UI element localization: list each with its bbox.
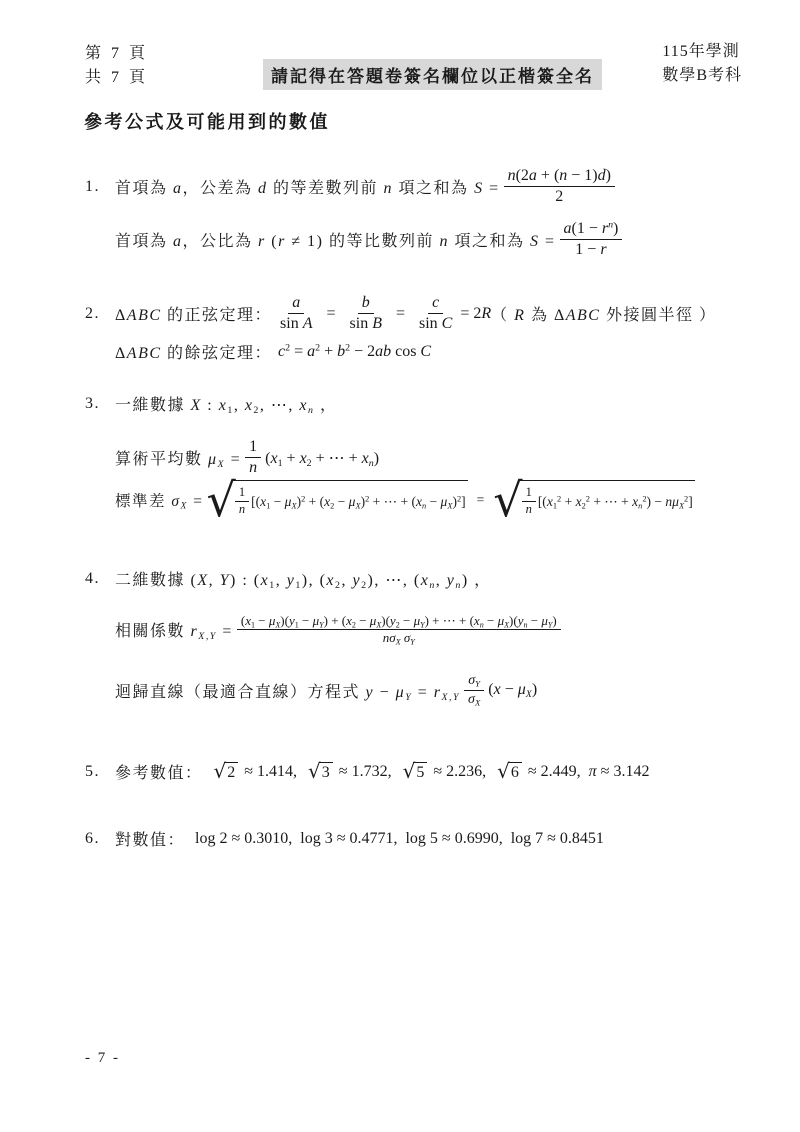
fraction: σY σX [464,672,484,708]
item-number: 1. [85,178,115,196]
approx-value: ≈ 2.236, [433,763,486,781]
radicand: 3 [319,762,333,782]
fraction-numerator: a [288,293,304,314]
equals-sign: = [326,305,335,323]
square-root: √ 3 [308,762,333,782]
fraction-denominator: nσX σY [379,630,419,646]
page-footer: - 7 - [85,1050,120,1067]
item-number: 3. [85,395,115,413]
item-number: 6. [85,830,115,848]
formula-text: 首項為 a，公比為 r (r ≠ 1) 的等比數列前 n 項之和為 S = [115,228,556,251]
data-2d-header: 4. 二維數據 (X, Y) : (x1, y1), (x2, y2), ⋯, … [85,567,492,590]
approx-value: ≈ 1.732, [339,763,392,781]
fraction-numerator: 1 [245,437,261,458]
fraction: c sin C [415,293,456,334]
fraction-denominator: 2 [551,187,567,207]
formula-body: [(x12 + x22 + ⋯ + xn2) − nμX2] [538,494,693,510]
approx-value: ≈ 1.414, [244,763,297,781]
formula-regression-line: 迴歸直線（最適合直線）方程式 y − μY = rX,Y σY σX (x − … [115,672,537,708]
page-number-line: 第 7 頁 [85,42,148,66]
formula-standard-deviation: 標準差 σX = √ 1 n [(x1 − μX)2 + (x2 − μX)2 … [115,480,698,520]
square-root: √ 2 [214,762,239,782]
fraction-denominator: 1 − r [571,240,610,260]
fraction-numerator: n(2a + (n − 1)d) [504,166,615,187]
formula-body: log 2 ≈ 0.3010, log 3 ≈ 0.4771, log 5 ≈ … [195,830,604,848]
formula-text: 算術平均數 μX = [115,446,241,469]
fraction: (x1 − μX)(y1 − μY) + (x2 − μX)(y2 − μY) … [237,613,561,647]
fraction-denominator: sin A [276,314,316,334]
data-1d-header: 3. 一維數據 X : x1, x2, ⋯, xn ， [85,392,337,415]
label: 對數值： [115,827,185,850]
formula-text: 二維數據 (X, Y) : (x1, y1), (x2, y2), ⋯, (xn… [115,567,492,590]
item-number: 4. [85,570,115,588]
fraction-numerator: σY [464,672,484,691]
page-indicator: 第 7 頁 共 7 頁 [85,42,148,90]
radicand: 6 [508,762,522,782]
radicand: 5 [413,762,427,782]
label: 參考數值： [115,760,203,783]
fraction: a(1 − rn) 1 − r [560,219,623,260]
pi-value: π ≈ 3.142 [589,763,650,781]
signature-notice: 請記得在答題卷簽名欄位以正楷簽全名 [263,59,602,90]
exam-subject: 數學B考科 [662,64,742,88]
fraction-denominator: n [245,458,261,478]
equals-sign: = [396,305,405,323]
formula-text: ΔABC 的正弦定理： [115,302,272,325]
square-root: √ 1 n [(x1 − μX)2 + (x2 − μX)2 + ⋯ + (xn… [207,480,468,520]
fraction: b sin B [346,293,386,334]
fraction-denominator: n [235,502,249,518]
formula-text: 一維數據 X : x1, x2, ⋯, xn ， [115,392,337,415]
radicand: 1 n [(x12 + x22 + ⋯ + xn2) − nμX2] [518,480,695,520]
page-title: 參考公式及可能用到的數值 [84,108,330,134]
item-number: 2. [85,305,115,323]
fraction-denominator: sin B [346,314,386,334]
square-root: √ 1 n [(x12 + x22 + ⋯ + xn2) − nμX2] [493,480,694,520]
radicand: 1 n [(x1 − μX)2 + (x2 − μX)2 + ⋯ + (xn −… [231,480,468,520]
formula-body: [(x1 − μX)2 + (x2 − μX)2 + ⋯ + (xn − μX)… [251,494,466,510]
formula-arithmetic-mean: 算術平均數 μX = 1 n (x1 + x2 + ⋯ + xn) [115,437,379,478]
fraction-numerator: c [428,293,443,314]
fraction-numerator: 1 [522,485,536,502]
fraction: 1 n [245,437,261,478]
formula-body: (x1 + x2 + ⋯ + xn) [265,448,379,468]
fraction-denominator: σX [464,691,484,709]
formula-text: 首項為 a，公差為 d 的等差數列前 n 項之和為 S = [115,175,500,198]
exam-info: 115年學測 數學B考科 [662,40,742,88]
square-root: √ 6 [497,762,522,782]
fraction: 1 n [522,485,536,517]
fraction-numerator: (x1 − μX)(y1 − μY) + (x2 − μX)(y2 − μY) … [237,613,561,630]
formula-law-of-sines: 2. ΔABC 的正弦定理： a sin A = b sin B = c sin… [85,293,716,334]
fraction-denominator: sin C [415,314,456,334]
fraction-numerator: a(1 − rn) [560,219,623,240]
page-total-line: 共 7 頁 [85,66,148,90]
formula-text: ΔABC 的餘弦定理： [115,340,272,363]
fraction: 1 n [235,485,249,517]
radicand: 2 [224,762,238,782]
formula-arithmetic-series: 1. 首項為 a，公差為 d 的等差數列前 n 項之和為 S = n(2a + … [85,166,619,207]
formula-law-of-cosines: ΔABC 的餘弦定理： c2 = a2 + b2 − 2ab cos C [115,340,431,363]
formula-geometric-series: 首項為 a，公比為 r (r ≠ 1) 的等比數列前 n 項之和為 S = a(… [115,219,626,260]
formula-text: 迴歸直線（最適合直線）方程式 y − μY = rX,Y [115,679,460,702]
fraction-numerator: 1 [235,485,249,502]
exam-year: 115年學測 [662,40,742,64]
formula-body: (x − μX) [488,681,537,699]
formula-correlation-coefficient: 相關係數 rX,Y = (x1 − μX)(y1 − μY) + (x2 − μ… [115,613,565,647]
item-number: 5. [85,763,115,781]
reference-values: 5. 參考數值： √ 2 ≈ 1.414, √ 3 ≈ 1.732, √ 5 ≈… [85,760,649,783]
formula-text: 標準差 σX = [115,489,204,511]
formula-text: = 2R [460,305,491,323]
equals-sign: = [477,492,485,508]
formula-note: （ R 為 ΔABC 外接圓半徑 ） [491,302,716,325]
fraction: n(2a + (n − 1)d) 2 [504,166,615,207]
formula-text: 相關係數 rX,Y = [115,618,233,641]
exam-page: 第 7 頁 共 7 頁 請記得在答題卷簽名欄位以正楷簽全名 115年學測 數學B… [0,0,800,1132]
approx-value: ≈ 2.449, [528,763,581,781]
log-values: 6. 對數值： log 2 ≈ 0.3010, log 3 ≈ 0.4771, … [85,827,604,850]
fraction-denominator: n [522,502,536,518]
fraction-numerator: b [358,293,374,314]
formula-body: c2 = a2 + b2 − 2ab cos C [278,343,431,361]
fraction: a sin A [276,293,316,334]
square-root: √ 5 [403,762,428,782]
